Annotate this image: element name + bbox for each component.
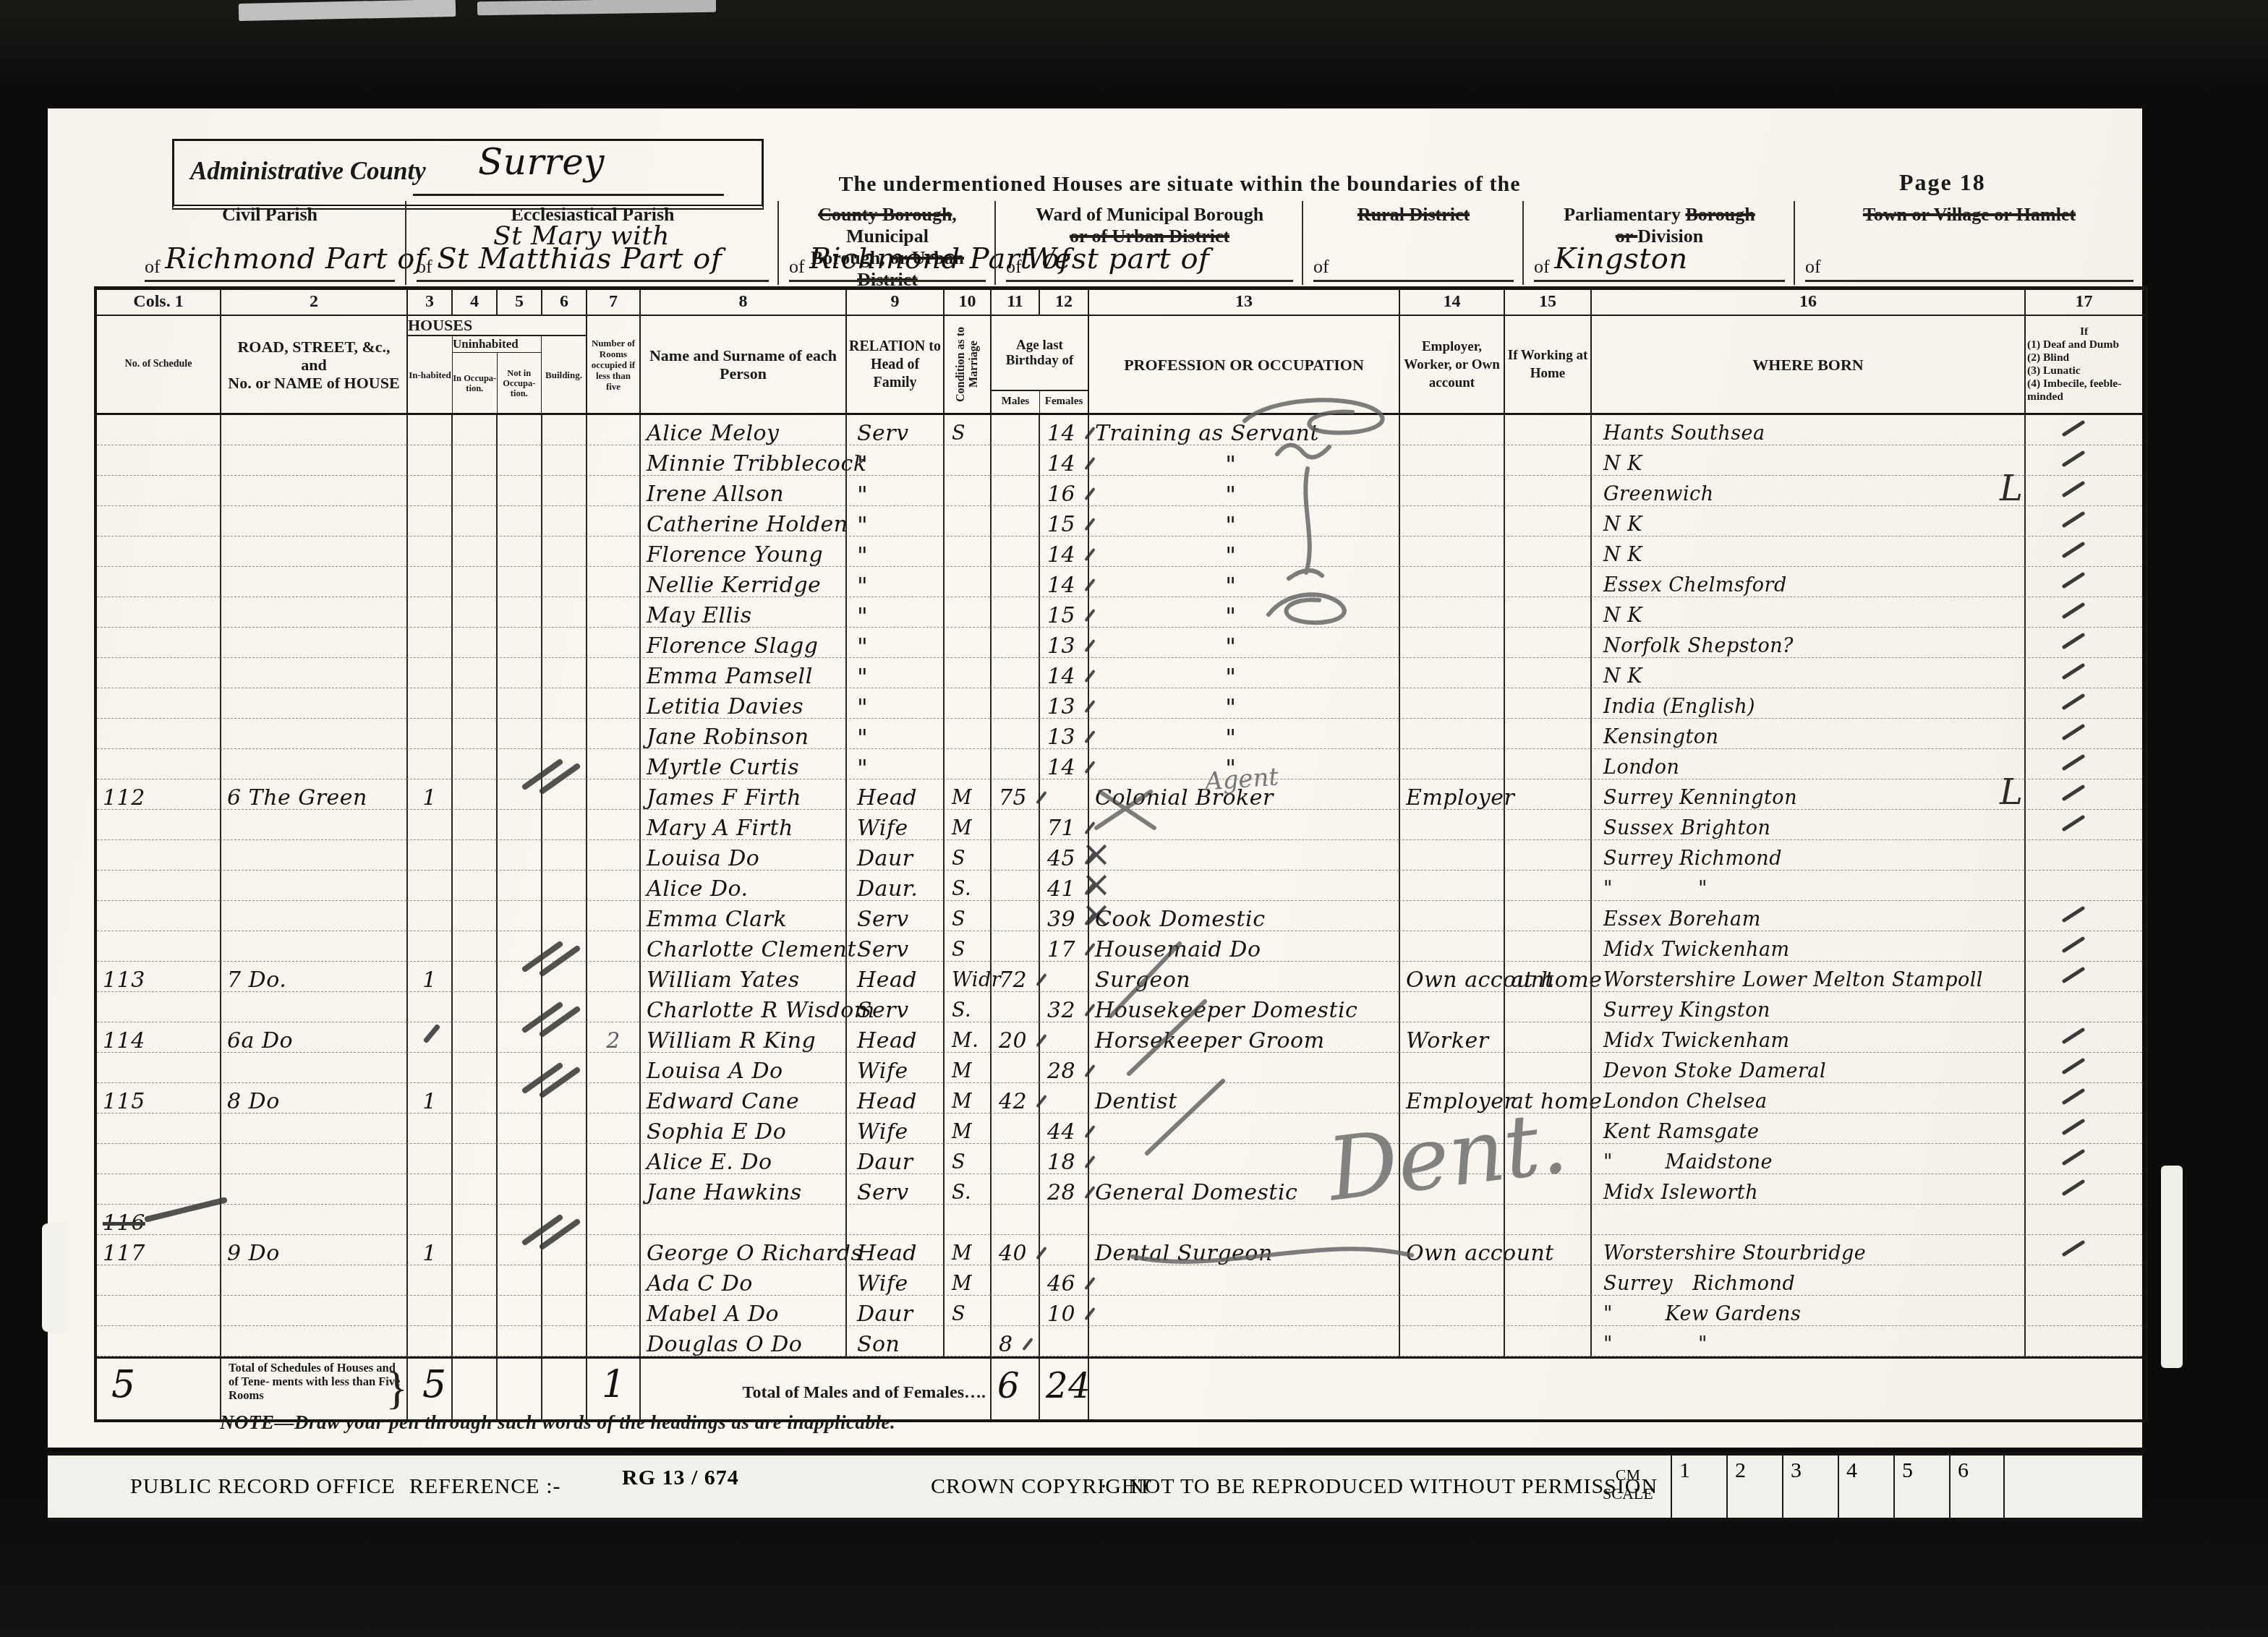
cell-working-at-home (1504, 719, 1590, 749)
cell-address (220, 1265, 406, 1296)
table-row: 1146a Do2William R KingHeadM.20Horsekeep… (97, 1022, 2145, 1053)
cell-age-male (990, 719, 1039, 749)
cell-age-female: 15 (1039, 506, 1088, 537)
cell-working-at-home (1504, 415, 1590, 445)
brace-glyph: } (385, 1362, 408, 1415)
cell-working-at-home (1504, 1296, 1590, 1326)
handwritten-text: James F Firth (647, 786, 801, 811)
handwritten-text: Sophia E Do (647, 1120, 786, 1145)
table-row: Ada C DoWifeM46Surrey Richmond (97, 1265, 2145, 1296)
cell-inhabited (406, 567, 451, 597)
colnum-2: 2 (220, 290, 406, 315)
cell-uninhabited-occ (451, 1144, 496, 1174)
cell-employer (1399, 1265, 1504, 1296)
cell-building (541, 1235, 586, 1265)
cell-address (220, 1144, 406, 1174)
handwritten-text: Mabel A Do (647, 1302, 779, 1327)
page-number: Page 18 (1899, 169, 1986, 196)
table-row: Letitia Davies"13"India (English) (97, 688, 2145, 719)
pencil-inhabited-mark (423, 1024, 441, 1043)
cell-employer (1399, 749, 1504, 779)
administrative-county-label: Administrative County (190, 157, 426, 186)
handwritten-text: 6a Do (227, 1029, 293, 1053)
cell-condition (943, 719, 990, 749)
cell-uninhabited-not (496, 1114, 541, 1144)
cell-infirmity (2024, 749, 2142, 779)
cell-name: William R King (639, 1022, 845, 1053)
handwritten-text: " (857, 634, 868, 659)
pro-reference-strip: PUBLIC RECORD OFFICE REFERENCE :- RG 13 … (48, 1452, 2142, 1521)
cell-where-born: Essex Chelmsford (1590, 567, 2024, 597)
cell-uninhabited-occ (451, 688, 496, 719)
cell-working-at-home: at home (1504, 962, 1590, 992)
cell-uninhabited-occ (451, 779, 496, 810)
scan-artifact-top-2 (477, 0, 716, 15)
cell-condition (943, 749, 990, 779)
cell-name: Charlotte R Wisdom (639, 992, 845, 1022)
cell-schedule (97, 901, 220, 931)
handwritten-text: M (952, 1272, 972, 1296)
cell-relation: Wife (845, 1114, 943, 1144)
cell-condition: M (943, 1265, 990, 1296)
cell-name: Minnie Tribblecock (639, 445, 845, 476)
cell-age-female (1039, 1083, 1088, 1114)
cell-address (220, 901, 406, 931)
cell-age-male: 42 (990, 1083, 1039, 1114)
parliamentary-value: Kingston (1554, 242, 1688, 275)
cell-name: Emma Pamsell (639, 658, 845, 688)
cell-age-female: 10 (1039, 1296, 1088, 1326)
table-row: Louisa A DoWifeM28Devon Stoke Dameral (97, 1053, 2145, 1083)
cell-uninhabited-not (496, 688, 541, 719)
handwritten-text: 112 (103, 786, 145, 811)
handwritten-text: William Yates (647, 968, 800, 993)
handwritten-text: Housemaid Do (1095, 938, 1261, 962)
cell-age-male (990, 1174, 1039, 1205)
handwritten-text: " (857, 543, 868, 568)
table-row: 1126 The Green1James F FirthHeadM75Colon… (97, 779, 2145, 810)
cell-building (541, 1265, 586, 1296)
cell-condition: S (943, 840, 990, 871)
handwritten-text: Dental Surgeon (1095, 1241, 1273, 1266)
cell-name: William Yates (639, 962, 845, 992)
cell-where-born: London (1590, 749, 2024, 779)
cell-occupation (1088, 1053, 1399, 1083)
cell-building (541, 1083, 586, 1114)
cell-condition (943, 628, 990, 658)
total-schedules-value-cell: 5 (97, 1359, 220, 1419)
cell-address (220, 688, 406, 719)
cell-schedule: 117 (97, 1235, 220, 1265)
cell-infirmity (2024, 628, 2142, 658)
cell-working-at-home (1504, 1235, 1590, 1265)
cell-name: Myrtle Curtis (639, 749, 845, 779)
cell-inhabited (406, 537, 451, 567)
cell-uninhabited-not (496, 810, 541, 840)
cell-building (541, 779, 586, 810)
cell-age-female: 46 (1039, 1265, 1088, 1296)
cell-relation: " (845, 537, 943, 567)
cell-employer (1399, 628, 1504, 658)
handwritten-text: 1 (422, 968, 437, 993)
cell-working-at-home (1504, 840, 1590, 871)
cell-where-born: N K (1590, 658, 2024, 688)
handwritten-text: Alice Do. (647, 877, 749, 902)
pro-office-label: PUBLIC RECORD OFFICE (130, 1474, 396, 1499)
cell-rooms (586, 1083, 639, 1114)
cell-condition: M (943, 1235, 990, 1265)
pencil-tick (2062, 542, 2086, 559)
cell-relation: Wife (845, 810, 943, 840)
cell-address (220, 1174, 406, 1205)
pencil-occupation-note: Agent (1204, 762, 1280, 796)
cell-rooms (586, 901, 639, 931)
cell-rooms (586, 931, 639, 962)
cell-rooms (586, 567, 639, 597)
cell-uninhabited-not (496, 658, 541, 688)
cell-uninhabited-occ (451, 1205, 496, 1235)
table-row: Charlotte ClementServS17Housemaid DoMidx… (97, 931, 2145, 962)
table-row: Myrtle Curtis"14"London (97, 749, 2145, 779)
cell-relation: " (845, 658, 943, 688)
cell-occupation: " (1088, 506, 1399, 537)
header-females: Females (1039, 391, 1088, 413)
cell-uninhabited-not (496, 445, 541, 476)
cell-where-born: " " (1590, 1326, 2024, 1356)
handwritten-text: " Maidstone (1603, 1150, 1773, 1175)
cell-uninhabited-occ (451, 1326, 496, 1356)
cell-relation: " (845, 597, 943, 628)
cell-condition: S (943, 931, 990, 962)
cell-uninhabited-occ (451, 567, 496, 597)
cell-age-male (990, 1114, 1039, 1144)
cell-address (220, 719, 406, 749)
cell-schedule (97, 1144, 220, 1174)
cell-address: 6 The Green (220, 779, 406, 810)
handwritten-text: Mary A Firth (647, 816, 793, 841)
cell-age-female: 16 (1039, 476, 1088, 506)
cell-building (541, 962, 586, 992)
handwritten-text: S (952, 1302, 965, 1327)
header-not-in-occupation: Not in Occupa-tion. (497, 353, 542, 413)
total-inhabited-cell: 5 (406, 1359, 451, 1419)
cell-relation: " (845, 719, 943, 749)
handwritten-text: " " (1603, 1333, 1708, 1357)
cell-age-male (990, 1296, 1039, 1326)
cell-where-born: Hants Southsea (1590, 415, 2024, 445)
cell-age-female: 14 (1039, 749, 1088, 779)
total-schedules-label-cell: Total of Schedules of Houses and of Tene… (220, 1359, 406, 1419)
scan-artifact-right (2161, 1166, 2183, 1368)
cell-employer: Own account (1399, 1235, 1504, 1265)
cell-uninhabited-not (496, 567, 541, 597)
cell-schedule (97, 506, 220, 537)
cell-building (541, 840, 586, 871)
cell-age-male (990, 597, 1039, 628)
cell-uninhabited-occ (451, 871, 496, 901)
handwritten-text: Myrtle Curtis (647, 756, 799, 780)
colnum-13: 13 (1088, 290, 1399, 315)
handwritten-text: 115 (103, 1090, 145, 1114)
infirmity-line-1: (1) Deaf and Dumb (2027, 338, 2119, 351)
handwritten-text: M. (952, 1029, 979, 1053)
cell-address (220, 749, 406, 779)
cell-age-male (990, 992, 1039, 1022)
handwritten-text: " (857, 664, 868, 689)
cell-age-female: 14 (1039, 567, 1088, 597)
handwritten-text: Horsekeeper Groom (1095, 1029, 1325, 1053)
cell-name: Alice Meloy (639, 415, 845, 445)
cell-condition: S (943, 1296, 990, 1326)
cell-schedule (97, 688, 220, 719)
cell-building (541, 658, 586, 688)
parliamentary-text: Parliamentary (1564, 204, 1685, 225)
handwritten-text: Wife (857, 1059, 908, 1084)
header-occupation: PROFESSION OR OCCUPATION (1088, 316, 1399, 413)
cell-rooms (586, 476, 639, 506)
cell-infirmity (2024, 1022, 2142, 1053)
cell-uninhabited-occ (451, 992, 496, 1022)
cell-building (541, 810, 586, 840)
cell-infirmity (2024, 1296, 2142, 1326)
infirmity-line-2: (2) Blind (2027, 351, 2069, 364)
pencil-tick (2062, 1058, 2086, 1075)
handwritten-text: Surrey Richmond (1603, 847, 1782, 871)
table-row: Jane HawkinsServS.28General DomesticMidx… (97, 1174, 2145, 1205)
cell-employer (1399, 445, 1504, 476)
cell-schedule (97, 931, 220, 962)
pencil-tick (2062, 1088, 2086, 1106)
handwritten-text: M (952, 1120, 972, 1145)
table-row: 1158 Do1Edward CaneHeadM42DentistEmploye… (97, 1083, 2145, 1114)
cell-name: Charlotte Clement (639, 931, 845, 962)
cell-rooms (586, 810, 639, 840)
handwritten-text: Edward Cane (647, 1090, 799, 1114)
handwritten-text: " (1225, 452, 1236, 476)
ruler-cell-2: 2 (1726, 1456, 1782, 1518)
pencil-tick (2062, 906, 2086, 923)
pencil-tick (2062, 754, 2086, 772)
handwritten-text: Serv (857, 1181, 909, 1205)
cell-uninhabited-not (496, 719, 541, 749)
cell-age-female: 15 (1039, 597, 1088, 628)
cell-age-male (990, 658, 1039, 688)
cell-infirmity (2024, 871, 2142, 901)
header-building: Building. (542, 336, 586, 413)
cell-inhabited (406, 1022, 451, 1053)
cell-working-at-home (1504, 992, 1590, 1022)
cell-uninhabited-not (496, 1174, 541, 1205)
pencil-tick (2062, 1119, 2086, 1136)
handwritten-text: 7 Do. (227, 968, 286, 993)
cell-name: Louisa A Do (639, 1053, 845, 1083)
cell-where-born: Norfolk Shepston? (1590, 628, 2024, 658)
cell-address (220, 597, 406, 628)
handwritten-text: Surgeon (1095, 968, 1190, 993)
cell-inhabited: 1 (406, 1235, 451, 1265)
cell-name: Florence Slagg (639, 628, 845, 658)
cell-inhabited (406, 688, 451, 719)
ecclesiastical-parish-value-row: of St Matthias Part of (417, 247, 769, 282)
header-employer: Employer, Worker, or Own account (1399, 316, 1504, 413)
cell-age-male (990, 1144, 1039, 1174)
handwritten-text: " (1225, 604, 1236, 628)
cell-address: 6a Do (220, 1022, 406, 1053)
cell-uninhabited-occ (451, 1174, 496, 1205)
handwritten-text: " (1225, 664, 1236, 689)
cell-rooms (586, 1205, 639, 1235)
cell-building (541, 567, 586, 597)
cell-address (220, 992, 406, 1022)
handwritten-text: Midx Isleworth (1603, 1181, 1758, 1205)
parliamentary-value-row: of Kingston (1534, 247, 1785, 282)
cell-uninhabited-not (496, 476, 541, 506)
cell-employer (1399, 810, 1504, 840)
cell-working-at-home (1504, 688, 1590, 719)
cell-employer (1399, 901, 1504, 931)
cell-uninhabited-occ (451, 749, 496, 779)
microfilm-photo: Administrative County Surrey The underme… (0, 0, 2268, 1637)
cell-working-at-home (1504, 871, 1590, 901)
cell-rooms (586, 749, 639, 779)
cell-employer (1399, 1326, 1504, 1356)
handwritten-text: Devon Stoke Dameral (1603, 1059, 1826, 1084)
cell-uninhabited-not (496, 1144, 541, 1174)
pencil-tick (2062, 693, 2086, 711)
ward-label: Ward of Municipal Borough or of Urban Di… (996, 201, 1303, 247)
cell-occupation: " (1088, 567, 1399, 597)
pencil-tick (2062, 967, 2086, 984)
handwritten-text: Alice Meloy (647, 422, 780, 446)
admin-underline (413, 194, 724, 196)
cell-occupation: " (1088, 597, 1399, 628)
cell-occupation: " (1088, 476, 1399, 506)
cell-occupation: Housemaid Do (1088, 931, 1399, 962)
handwritten-text: M (952, 1090, 972, 1114)
handwritten-text: S (952, 847, 965, 871)
cell-employer (1399, 931, 1504, 962)
administrative-county-value: Surrey (478, 141, 605, 183)
cell-infirmity (2024, 1326, 2142, 1356)
cell-relation: Son (845, 1326, 943, 1356)
cell-schedule (97, 810, 220, 840)
cell-building (541, 476, 586, 506)
pencil-tick (2062, 572, 2086, 589)
cell-uninhabited-occ (451, 1235, 496, 1265)
cell-inhabited (406, 749, 451, 779)
cell-schedule (97, 597, 220, 628)
cell-working-at-home (1504, 1326, 1590, 1356)
cell-employer (1399, 415, 1504, 445)
pencil-tick (2062, 1179, 2086, 1197)
scan-artifact-left (42, 1223, 67, 1332)
handwritten-text: Surrey Kennington (1603, 786, 1797, 811)
handwritten-text: Louisa Do (647, 847, 759, 871)
cell-schedule: 114 (97, 1022, 220, 1053)
infirmity-line-3: (3) Lunatic (2027, 364, 2081, 377)
handwritten-text: Minnie Tribblecock (647, 452, 866, 476)
cell-rooms (586, 1174, 639, 1205)
of-label: of (145, 256, 161, 277)
table-row: Charlotte R WisdomServS.32Housekeeper Do… (97, 992, 2145, 1022)
cell-address (220, 628, 406, 658)
handwritten-text: Nellie Kerridge (647, 573, 821, 598)
cell-age-female (1039, 962, 1088, 992)
cell-address (220, 871, 406, 901)
cell-uninhabited-occ (451, 445, 496, 476)
cell-relation: Wife (845, 1053, 943, 1083)
cell-inhabited (406, 1205, 451, 1235)
cell-uninhabited-occ (451, 719, 496, 749)
cell-age-male (990, 476, 1039, 506)
cell-schedule (97, 1114, 220, 1144)
cell-uninhabited-occ (451, 962, 496, 992)
cell-relation: Daur. (845, 871, 943, 901)
cell-working-at-home (1504, 476, 1590, 506)
handwritten-text: Wife (857, 1272, 908, 1296)
cell-relation: Daur (845, 1144, 943, 1174)
handwritten-text: Douglas O Do (647, 1333, 802, 1357)
cell-working-at-home (1504, 1022, 1590, 1053)
cell-building (541, 537, 586, 567)
cell-building (541, 871, 586, 901)
handwritten-text: " (1225, 482, 1236, 507)
colnum-7: 7 (586, 290, 639, 315)
colnum-14: 14 (1399, 290, 1504, 315)
cell-rooms (586, 1326, 639, 1356)
census-table: Cols. 1234567891011121314151617 No. of S… (94, 286, 2148, 1422)
handwritten-text: 6 The Green (227, 786, 367, 811)
cell-uninhabited-not (496, 931, 541, 962)
cell-employer: Worker (1399, 1022, 1504, 1053)
cell-infirmity (2024, 688, 2142, 719)
handwritten-text: Louisa A Do (647, 1059, 783, 1084)
civil-parish-label: Civil Parish (222, 204, 317, 225)
cell-relation (845, 1205, 943, 1235)
handwritten-text: Serv (857, 938, 909, 962)
cell-inhabited: 1 (406, 779, 451, 810)
handwritten-text: Essex Chelmsford (1603, 573, 1787, 598)
cell-inhabited (406, 1174, 451, 1205)
cell-occupation: " (1088, 445, 1399, 476)
cell-address (220, 567, 406, 597)
table-row: 1137 Do.1William YatesHeadWidr72SurgeonO… (97, 962, 2145, 992)
cell-infirmity (2024, 840, 2142, 871)
handwritten-text: Employer (1406, 786, 1514, 811)
pro-reference-value: RG 13 / 674 (622, 1466, 739, 1490)
district-ecclesiastical-parish: Ecclesiastical Parish St Mary with of St… (405, 201, 779, 285)
cell-employer (1399, 871, 1504, 901)
cell-infirmity (2024, 810, 2142, 840)
cell-where-born: N K (1590, 506, 2024, 537)
handwritten-text: Jane Robinson (647, 725, 809, 750)
header-condition: Condition as to Marriage (943, 316, 990, 413)
header-infirmity: If(1) Deaf and Dumb(2) Blind(3) Lunatic(… (2024, 316, 2142, 413)
district-ward: Ward of Municipal Borough or of Urban Di… (994, 201, 1303, 285)
cell-uninhabited-not (496, 840, 541, 871)
cell-occupation (1088, 810, 1399, 840)
cell-inhabited (406, 1265, 451, 1296)
cell-relation: " (845, 445, 943, 476)
table-row: Minnie Tribblecock"14"N K (97, 445, 2145, 476)
cell-age-male (990, 415, 1039, 445)
reproduction-notice: NOT TO BE REPRODUCED WITHOUT PERMISSION (1128, 1474, 1658, 1499)
handwritten-text: Charlotte Clement (647, 938, 856, 962)
handwritten-text: S. (952, 999, 971, 1023)
handwritten-text: Greenwich (1603, 482, 1714, 507)
cell-employer (1399, 567, 1504, 597)
infirmity-line-4: (4) Imbecile, feeble-minded (2027, 377, 2141, 403)
